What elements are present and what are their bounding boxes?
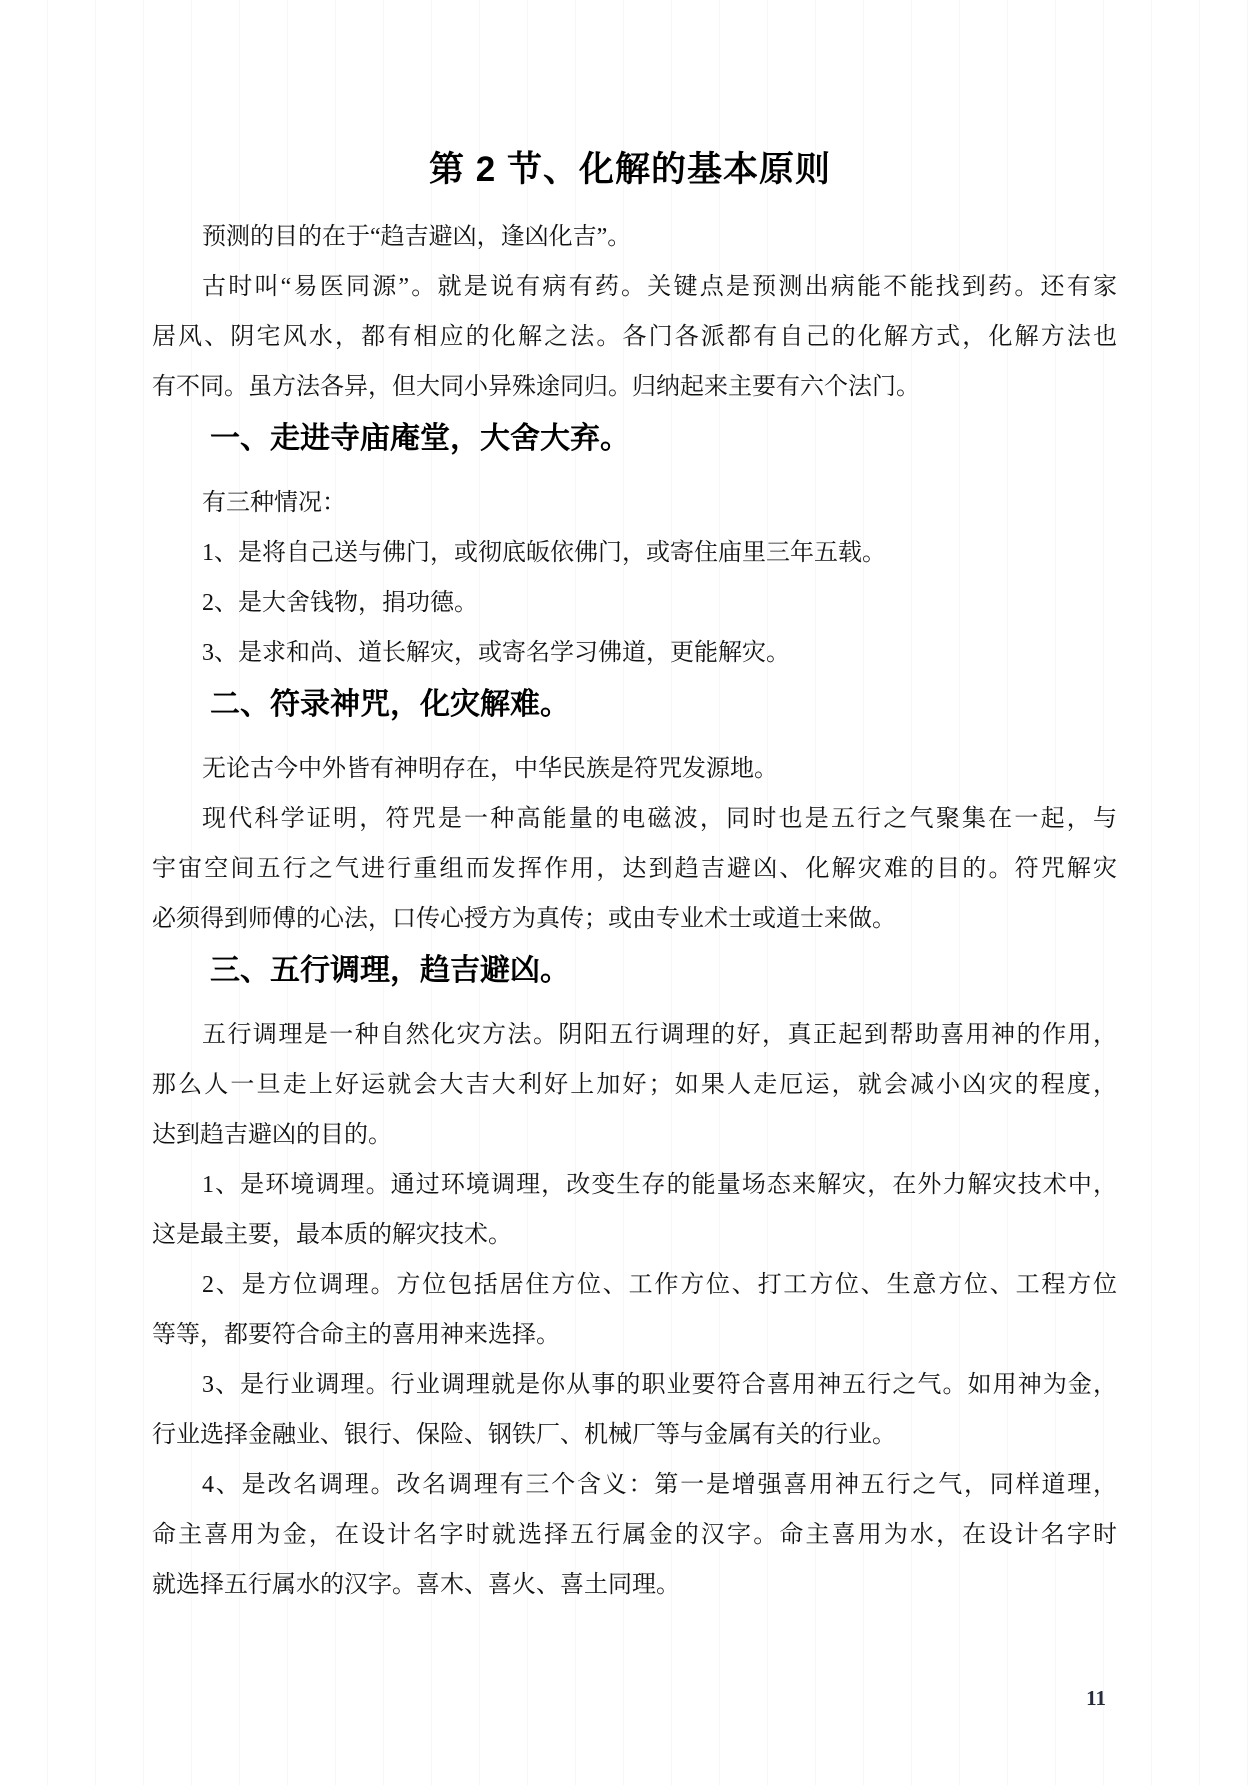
- body-line: 就选择五行属水的汉字。喜木、喜火、喜土同理。: [152, 1560, 1117, 1610]
- body-line: 现代科学证明，符咒是一种高能量的电磁波，同时也是五行之气聚集在一起，与: [152, 794, 1117, 844]
- body-line: 那么人一旦走上好运就会大吉大利好上加好；如果人走厄运，就会减小凶灾的程度，: [152, 1060, 1117, 1110]
- body-line: 有三种情况：: [152, 478, 1117, 528]
- body-line: 必须得到师傅的心法，口传心授方为真传；或由专业术士或道士来做。: [152, 894, 1117, 944]
- body-line: 无论古今中外皆有神明存在，中华民族是符咒发源地。: [152, 744, 1117, 794]
- body-line: 古时叫“易医同源”。就是说有病有药。关键点是预测出病能不能找到药。还有家: [152, 262, 1117, 312]
- section-heading: 三、五行调理，趋吉避凶。: [152, 946, 1117, 996]
- body-line: 五行调理是一种自然化灾方法。阴阳五行调理的好，真正起到帮助喜用神的作用，: [152, 1010, 1117, 1060]
- body-line: 3、是行业调理。行业调理就是你从事的职业要符合喜用神五行之气。如用神为金，: [152, 1360, 1117, 1410]
- body-line: 4、是改名调理。改名调理有三个含义：第一是增强喜用神五行之气，同样道理，: [152, 1460, 1117, 1510]
- document-page: 第 2 节、化解的基本原则 预测的目的在于“趋吉避凶，逢凶化吉”。古时叫“易医同…: [0, 0, 1260, 1785]
- body-line: 有不同。虽方法各异，但大同小异殊途同归。归纳起来主要有六个法门。: [152, 362, 1117, 412]
- body-line: 预测的目的在于“趋吉避凶，逢凶化吉”。: [152, 212, 1117, 262]
- body-line: 命主喜用为金，在设计名字时就选择五行属金的汉字。命主喜用为水，在设计名字时: [152, 1510, 1117, 1560]
- body-line: 等等，都要符合命主的喜用神来选择。: [152, 1310, 1117, 1360]
- body-line: 这是最主要，最本质的解灾技术。: [152, 1210, 1117, 1260]
- page-number: 11: [1086, 1684, 1106, 1712]
- body-line: 3、是求和尚、道长解灾，或寄名学习佛道，更能解灾。: [152, 628, 1117, 678]
- section-heading: 一、走进寺庙庵堂，大舍大弃。: [152, 414, 1117, 464]
- section-heading: 二、符录神咒，化灾解难。: [152, 680, 1117, 730]
- document-body: 预测的目的在于“趋吉避凶，逢凶化吉”。古时叫“易医同源”。就是说有病有药。关键点…: [152, 212, 1117, 1610]
- body-line: 达到趋吉避凶的目的。: [152, 1110, 1117, 1160]
- body-line: 行业选择金融业、银行、保险、钢铁厂、机械厂等与金属有关的行业。: [152, 1410, 1117, 1460]
- body-line: 1、是将自己送与佛门，或彻底皈依佛门，或寄住庙里三年五载。: [152, 528, 1117, 578]
- body-line: 2、是方位调理。方位包括居住方位、工作方位、打工方位、生意方位、工程方位: [152, 1260, 1117, 1310]
- page-title: 第 2 节、化解的基本原则: [0, 142, 1260, 198]
- body-line: 居风、阴宅风水，都有相应的化解之法。各门各派都有自己的化解方式，化解方法也: [152, 312, 1117, 362]
- body-line: 2、是大舍钱物，捐功德。: [152, 578, 1117, 628]
- body-line: 1、是环境调理。通过环境调理，改变生存的能量场态来解灾，在外力解灾技术中，: [152, 1160, 1117, 1210]
- body-line: 宇宙空间五行之气进行重组而发挥作用，达到趋吉避凶、化解灾难的目的。符咒解灾: [152, 844, 1117, 894]
